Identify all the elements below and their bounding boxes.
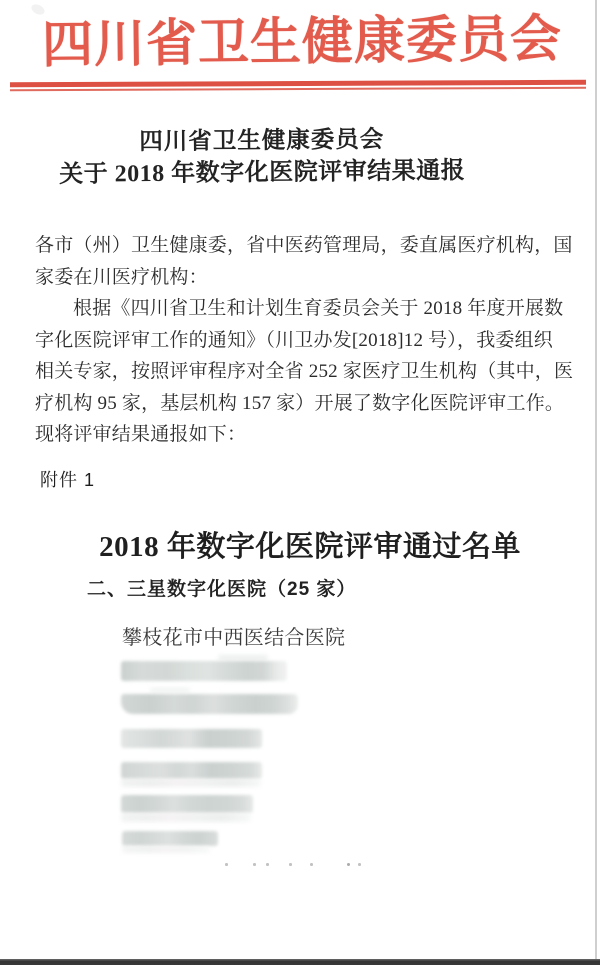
letterhead-divider xyxy=(10,80,586,92)
page-edge-shadow-right xyxy=(595,0,597,960)
page-edge-shadow-bottom xyxy=(0,959,600,965)
scan-speck xyxy=(289,863,292,866)
scan-speck xyxy=(310,863,313,866)
body-line: 家委在川医疗机构： xyxy=(35,262,575,294)
redacted-hospital-line xyxy=(121,795,253,813)
redacted-hospital-line-fragment xyxy=(121,813,251,822)
document-body: 各市（州）卫生健康委，省中医药管理局，委直属医疗机构，国 家委在川医疗机构： 根… xyxy=(35,230,575,451)
body-line: 各市（州）卫生健康委，省中医药管理局，委直属医疗机构，国 xyxy=(35,230,575,262)
document-title-line1: 四川省卫生健康委员会 xyxy=(0,123,524,159)
scan-speck xyxy=(266,863,269,866)
redacted-hospital-line-fragment xyxy=(121,779,261,787)
attachment-label: 附件 1 xyxy=(40,466,95,492)
redacted-hospital-line xyxy=(121,762,262,779)
annex-list-title: 2018 年数字化医院评审通过名单 xyxy=(0,524,600,565)
letterhead-divider-thin-line xyxy=(10,87,586,92)
scan-speck xyxy=(225,863,228,866)
body-line: 疗机构 95 家，基层机构 157 家）开展了数字化医院评审工作。 xyxy=(35,388,575,420)
redacted-hospital-line xyxy=(122,831,218,846)
document-title-line2: 关于 2018 年数字化医院评审结果通报 xyxy=(0,154,524,191)
letterhead-divider-thick-line xyxy=(10,80,586,87)
document-title: 四川省卫生健康委员会 关于 2018 年数字化医院评审结果通报 xyxy=(0,123,524,191)
letterhead-agency-name: 四川省卫生健康委员会 xyxy=(22,9,583,78)
hospital-list-item: 攀枝花市中西医结合医院 xyxy=(122,621,345,650)
annex-section-heading: 二、三星数字化医院（25 家） xyxy=(87,574,356,601)
redacted-hospital-line-fragment xyxy=(150,688,190,692)
scan-speck xyxy=(253,863,256,866)
redacted-hospital-line-fragment xyxy=(218,655,268,660)
redacted-hospital-line xyxy=(121,729,262,748)
body-line: 字化医院评审工作的通知》（川卫办发[2018]12 号），我委组织 xyxy=(35,325,575,357)
body-line: 根据《四川省卫生和计划生育委员会关于 2018 年度开展数 xyxy=(35,293,575,325)
scanned-official-document: 四川省卫生健康委员会 四川省卫生健康委员会 关于 2018 年数字化医院评审结果… xyxy=(0,0,600,965)
redacted-hospital-line xyxy=(121,694,298,714)
scan-speck xyxy=(358,863,361,866)
body-line: 现将评审结果通报如下： xyxy=(35,419,575,451)
scan-speck xyxy=(347,863,350,866)
body-line: 相关专家，按照评审程序对全省 252 家医疗卫生机构（其中，医 xyxy=(35,356,575,388)
redacted-hospital-line xyxy=(121,661,287,681)
redacted-hospital-line-fragment xyxy=(122,846,210,853)
